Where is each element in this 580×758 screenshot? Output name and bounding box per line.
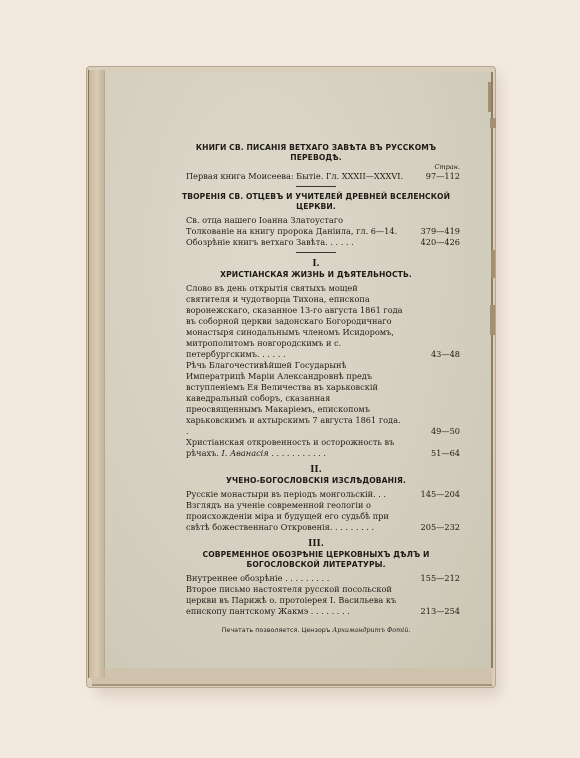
entry-title: Первая книга Моисеева: Бытіе. Гл. XXXII—… bbox=[186, 171, 404, 182]
torn-edge bbox=[490, 305, 495, 335]
entry-title: Слово въ день открытія святыхъ мощей свя… bbox=[186, 283, 404, 360]
toc-entry: Первая книга Моисеева: Бытіе. Гл. XXXII—… bbox=[172, 171, 460, 182]
toc-entry: Русскіе монастыри въ періодъ монгольскій… bbox=[172, 489, 460, 500]
toc-entry: Внутреннее обозрѣніе . . . . . . . . . 1… bbox=[172, 573, 460, 584]
entry-title: Русскіе монастыри въ періодъ монгольскій… bbox=[186, 489, 404, 500]
censor-approval: Печатать позволяется. Цензоръ Архимандри… bbox=[172, 625, 460, 636]
entry-pages: 205—232 bbox=[404, 522, 460, 533]
entry-title: Обозрѣніе книгъ ветхаго Завѣта. . . . . … bbox=[186, 237, 404, 248]
toc-entry: Св. отца нашего Іоанна Златоустаго bbox=[172, 215, 460, 226]
divider bbox=[296, 252, 336, 253]
entry-title: Внутреннее обозрѣніе . . . . . . . . . bbox=[186, 573, 404, 584]
entry-author: І. Аванасія bbox=[222, 448, 269, 458]
section-heading: УЧЕНО-БОГОСЛОВСКІЯ ИЗСЛѢДОВАНІЯ. bbox=[172, 476, 460, 486]
page-column-label: Стран. bbox=[172, 163, 460, 171]
section-heading: СОВРЕМЕННОЕ ОБОЗРѢНІЕ ЦЕРКОВНЫХЪ ДѢЛЪ И … bbox=[172, 550, 460, 570]
entry-pages: 49—50 bbox=[404, 426, 460, 437]
entry-pages: 43—48 bbox=[404, 349, 460, 360]
dot-leader: . . . . . . . . . . . bbox=[271, 448, 326, 458]
toc-entry: Толкованіе на книгу пророка Даніила, гл.… bbox=[172, 226, 460, 237]
booklet-spine bbox=[88, 70, 105, 678]
censor-name: Архимандритъ Фотій. bbox=[332, 626, 410, 634]
entry-pages: 145—204 bbox=[404, 489, 460, 500]
entry-title: Взглядъ на ученіе современной геологіи о… bbox=[186, 500, 404, 533]
torn-edge bbox=[490, 118, 496, 128]
entry-title: Св. отца нашего Іоанна Златоустаго bbox=[186, 215, 404, 226]
entry-pages: 420—426 bbox=[404, 237, 460, 248]
part-numeral: II. bbox=[172, 465, 460, 476]
toc-entry: Слово въ день открытія святыхъ мощей свя… bbox=[172, 283, 460, 360]
toc-entry: Обозрѣніе книгъ ветхаго Завѣта. . . . . … bbox=[172, 237, 460, 248]
entry-pages: 51—64 bbox=[404, 448, 460, 459]
toc-entry: Христіанская откровенность и осторожност… bbox=[172, 437, 460, 459]
entry-pages: 379—419 bbox=[404, 226, 460, 237]
section-heading: ХРИСТІАНСКАЯ ЖИЗНЬ И ДѢЯТЕЛЬНОСТЬ. bbox=[172, 270, 460, 280]
entry-pages: 213—254 bbox=[404, 606, 460, 617]
toc-entry: Второе письмо настоятеля русской посольс… bbox=[172, 584, 460, 617]
toc-entry: Взглядъ на ученіе современной геологіи о… bbox=[172, 500, 460, 533]
torn-edge bbox=[491, 250, 495, 278]
toc-entry: Рѣчь Благочестивѣйшей Государынѣ Императ… bbox=[172, 360, 460, 437]
part-numeral: I. bbox=[172, 259, 460, 270]
entry-pages: 155—212 bbox=[404, 573, 460, 584]
part-numeral: III. bbox=[172, 539, 460, 550]
torn-edge bbox=[488, 82, 491, 112]
divider bbox=[296, 186, 336, 187]
entry-title: Толкованіе на книгу пророка Даніила, гл.… bbox=[186, 226, 404, 237]
section-heading: ТВОРЕНІЯ СВ. ОТЦЕВЪ И УЧИТЕЛЕЙ ДРЕВНЕЙ В… bbox=[172, 192, 460, 212]
entry-pages: 97—112 bbox=[404, 171, 460, 182]
entry-title-group: Христіанская откровенность и осторожност… bbox=[186, 437, 404, 459]
censor-text: Печатать позволяется. Цензоръ bbox=[222, 626, 331, 634]
entry-title: Рѣчь Благочестивѣйшей Государынѣ Императ… bbox=[186, 360, 404, 437]
entry-title: Второе письмо настоятеля русской посольс… bbox=[186, 584, 404, 617]
table-of-contents: КНИГИ СВ. ПИСАНІЯ ВЕТХАГО ЗАВѢТА ВЪ РУСС… bbox=[172, 143, 460, 636]
section-heading: КНИГИ СВ. ПИСАНІЯ ВЕТХАГО ЗАВѢТА ВЪ РУСС… bbox=[172, 143, 460, 163]
